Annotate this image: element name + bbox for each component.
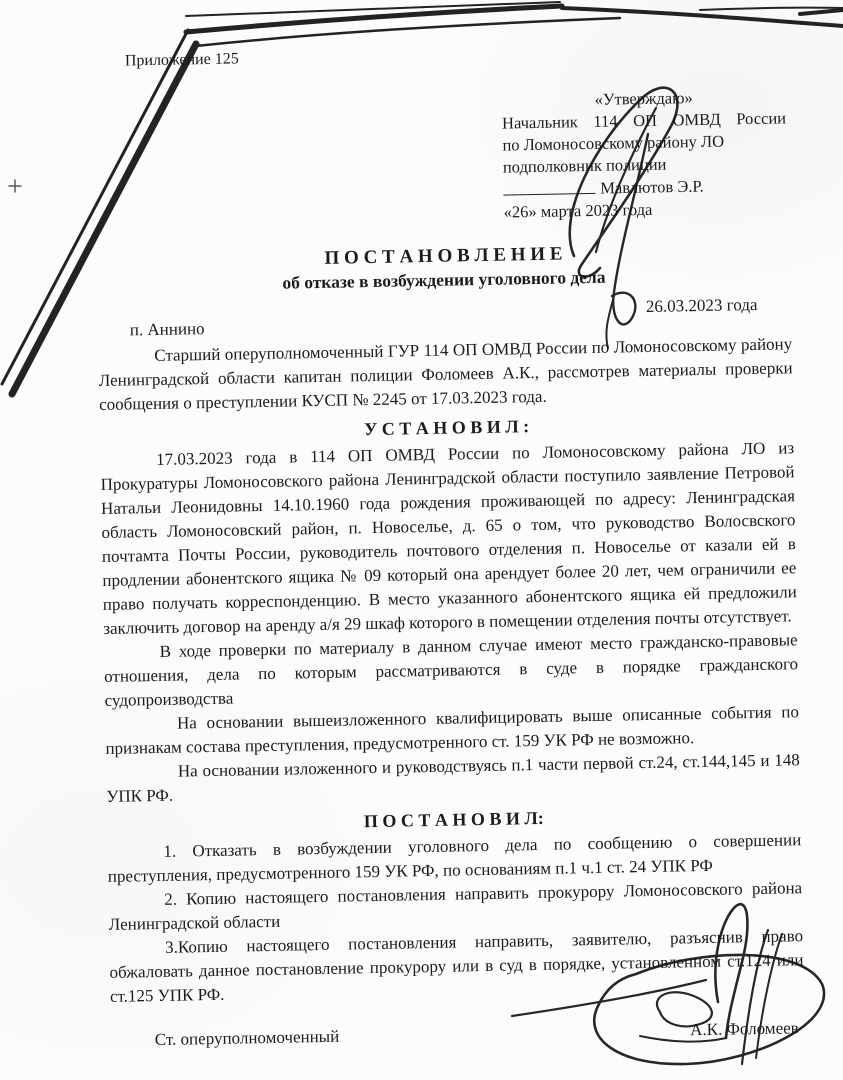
plus-mark [9,180,21,192]
document-date: 26.03.2023 года [646,293,758,319]
appendix-label: Приложение 125 [125,37,787,73]
intro-paragraph: Старший оперуполномоченный ГУР 114 ОП ОМ… [98,332,793,417]
officer-position-label: Ст. оперуполномоченный [155,1024,340,1051]
scanned-document-page: Приложение 125 «Утверждаю» Начальник 114… [0,0,843,1080]
document-content: Приложение 125 «Утверждаю» Начальник 114… [93,37,805,1052]
body-paragraph: В ходе проверки по материалу в данном сл… [103,628,798,713]
signature-row: Ст. оперуполномоченный А.К. Фоломеев [111,1016,805,1053]
document-place: п. Аннино [130,317,205,342]
officer-signer-name: А.К. Фоломеев [690,1016,799,1042]
approval-block: «Утверждаю» Начальник 114 ОП ОМВД России… [501,85,787,223]
body-paragraph: 17.03.2023 года в 114 ОП ОМВД России по … [100,436,797,641]
approval-signer-name: Мавлютов Э.Р. [600,177,704,198]
approval-date-line: «26» марта 2023 года [504,196,788,223]
resolution-item: 3.Копию настоящего постановления направи… [109,924,804,1009]
signature-blank-line [503,177,595,195]
